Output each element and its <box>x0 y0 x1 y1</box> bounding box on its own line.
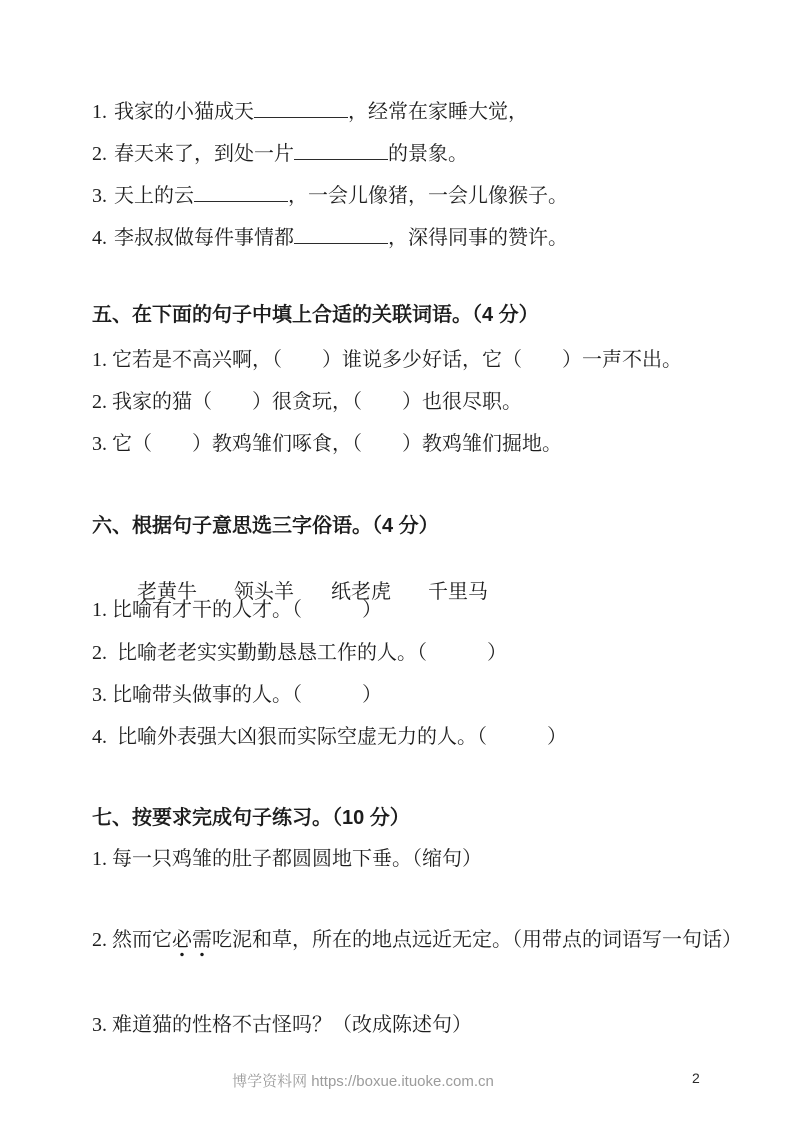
page-number: 2 <box>692 1070 700 1086</box>
question-text-before-blank: 我家的小猫成天 <box>114 101 254 123</box>
fill-in-blank-line <box>294 159 388 160</box>
fill-blank-question-3: 3.天上的云，一会儿像猪，一会儿像猴子。 <box>92 184 568 208</box>
footer-watermark: 博学资料网 https://boxue.ituoke.com.cn <box>0 1070 726 1091</box>
question-number: 3. <box>92 185 107 207</box>
section-seven-question-2: 2. 然而它必需吃泥和草，所在的地点远近无定。（用带点的词语写一句话） <box>92 928 742 952</box>
question-text-after-blank: ，经常在家睡大觉， <box>348 101 528 123</box>
word-bank-item: 千里马 <box>428 580 488 604</box>
question-text-after-emphasis: 吃泥和草，所在的地点远近无定。（用带点的词语写一句话） <box>212 929 742 951</box>
section-five-title: 五、在下面的句子中填上合适的关联词语。（4 分） <box>92 303 539 327</box>
question-text-after-blank: 的景象。 <box>388 143 468 165</box>
question-text-after-blank: ，深得同事的赞许。 <box>388 227 568 249</box>
footer-site-name: 博学资料网 <box>232 1073 307 1090</box>
section-six-question-2: 2. 比喻老老实实勤勤恳恳工作的人。（ ） <box>92 641 507 665</box>
fill-blank-question-4: 4.李叔叔做每件事情都，深得同事的赞许。 <box>92 226 568 250</box>
footer-site-url: https://boxue.ituoke.com.cn <box>311 1073 494 1090</box>
fill-in-blank-line <box>254 117 348 118</box>
question-text-before-blank: 春天来了，到处一片 <box>114 143 294 165</box>
question-number: 2. <box>92 143 107 165</box>
fill-in-blank-line <box>294 243 388 244</box>
exam-page: 1.我家的小猫成天，经常在家睡大觉， 2.春天来了，到处一片的景象。 3.天上的… <box>0 0 793 1122</box>
emphasis-dotted-text: 必需 <box>172 929 212 957</box>
fill-blank-question-2: 2.春天来了，到处一片的景象。 <box>92 142 468 166</box>
question-text-before-blank: 天上的云 <box>114 185 194 207</box>
section-five-question-1: 1. 它若是不高兴啊，（ ）谁说多少好话，它（ ）一声不出。 <box>92 348 682 372</box>
question-text-before-blank: 李叔叔做每件事情都 <box>114 227 294 249</box>
fill-blank-question-1: 1.我家的小猫成天，经常在家睡大觉， <box>92 100 528 124</box>
question-number: 1. <box>92 101 107 123</box>
section-six-title: 六、根据句子意思选三字俗语。（4 分） <box>92 514 439 538</box>
question-text-after-blank: ，一会儿像猪，一会儿像猴子。 <box>288 185 568 207</box>
question-number: 4. <box>92 227 107 249</box>
fill-in-blank-line <box>194 201 288 202</box>
section-five-question-3: 3. 它（ ）教鸡雏们啄食，（ ）教鸡雏们掘地。 <box>92 432 562 456</box>
section-seven-question-1: 1. 每一只鸡雏的肚子都圆圆地下垂。（缩句） <box>92 847 482 871</box>
section-six-question-3: 3. 比喻带头做事的人。（ ） <box>92 683 382 707</box>
section-six-question-1: 1. 比喻有才干的人才。（ ） <box>92 598 382 622</box>
section-five-question-2: 2. 我家的猫（ ）很贪玩，（ ）也很尽职。 <box>92 390 522 414</box>
section-six-question-4: 4. 比喻外表强大凶狠而实际空虚无力的人。（ ） <box>92 725 567 749</box>
section-seven-title: 七、按要求完成句子练习。（10 分） <box>92 806 410 830</box>
section-seven-question-3: 3. 难道猫的性格不古怪吗？（改成陈述句） <box>92 1013 472 1037</box>
question-text-before-emphasis: 2. 然而它 <box>92 929 172 951</box>
